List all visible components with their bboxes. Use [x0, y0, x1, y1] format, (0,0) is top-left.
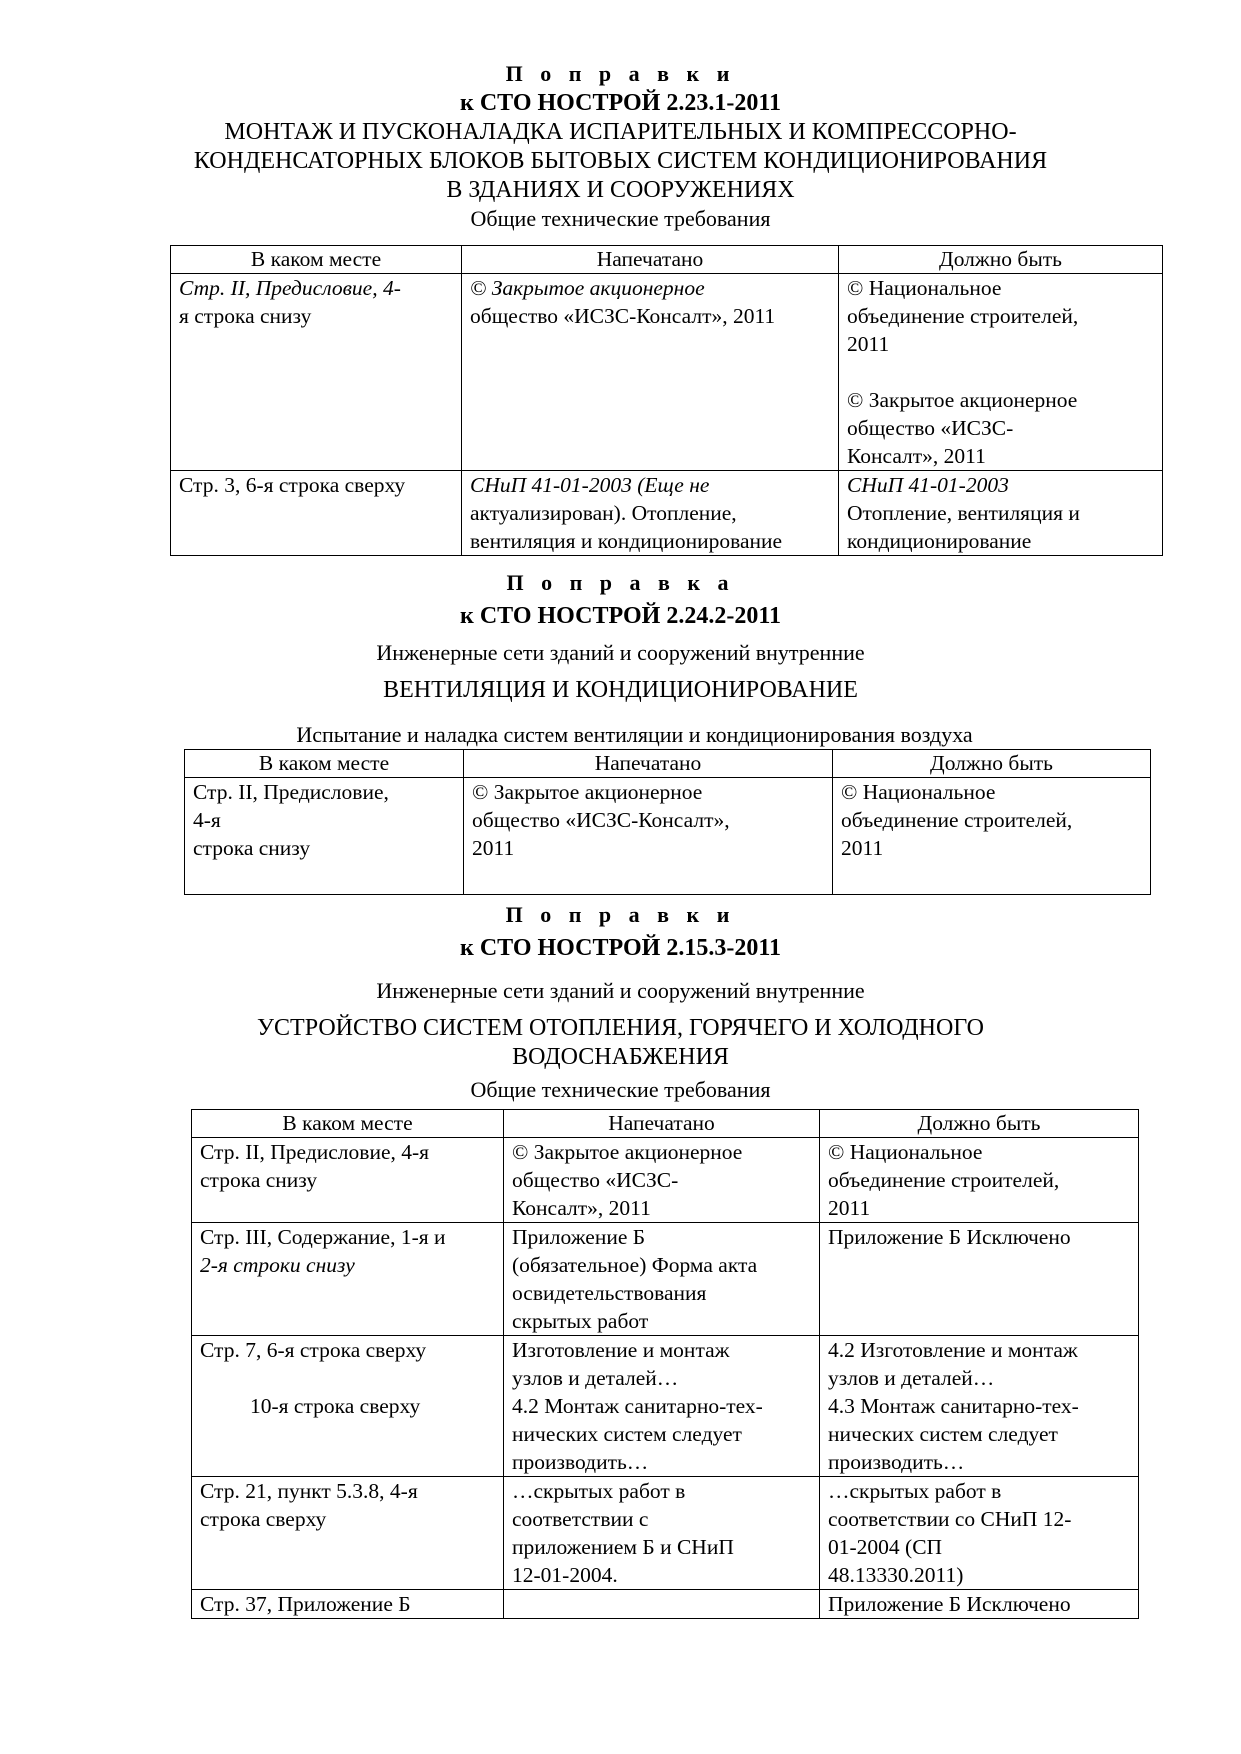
cell-text: производить… — [512, 1448, 811, 1476]
cell-text: Стр. 3, 6-я строка сверху — [179, 471, 453, 499]
cell-text: кондиционирование — [847, 527, 1154, 555]
cell-should-be: 4.2 Изготовление и монтаж узлов и детале… — [820, 1336, 1139, 1477]
cell-text: Приложение Б Исключено — [828, 1223, 1130, 1251]
cell-text: 2011 — [828, 1194, 1130, 1222]
corrections-table-3: В каком месте Напечатано Должно быть Стр… — [191, 1109, 1139, 1619]
column-header-should-be: Должно быть — [820, 1110, 1139, 1138]
cell-text: соответствии со СНиП 12- — [828, 1505, 1130, 1533]
cell-text: Консалт», 2011 — [512, 1194, 811, 1222]
cell-text: Стр. 37, Приложение Б — [200, 1590, 495, 1618]
cell-should-be: © Национальное объединение строителей, 2… — [820, 1138, 1139, 1223]
cell-text: 10-я строка сверху — [200, 1392, 495, 1420]
cell-text: © Закрытое акционерное — [512, 1138, 811, 1166]
table-row: Стр. II, Предисловие, 4-я строка снизу ©… — [192, 1138, 1139, 1223]
document-subtitle: Испытание и наладка систем вентиляции и … — [0, 721, 1241, 749]
column-header-where: В каком месте — [171, 246, 462, 274]
cell-text: узлов и деталей… — [512, 1364, 811, 1392]
cell-where: Стр. II, Предисловие, 4- я строка снизу — [171, 274, 462, 471]
column-header-printed: Напечатано — [462, 246, 839, 274]
standard-title: к СТО НОСТРОЙ 2.15.3-2011 — [0, 933, 1241, 963]
document-title-line: МОНТАЖ И ПУСКОНАЛАДКА ИСПАРИТЕЛЬНЫХ И КО… — [0, 118, 1241, 147]
cell-text: Изготовление и монтаж — [512, 1336, 811, 1364]
cell-text: © Закрытое акционерное — [472, 778, 824, 806]
cell-should-be: …скрытых работ в соответствии со СНиП 12… — [820, 1477, 1139, 1590]
cell-text: скрытых работ — [512, 1307, 811, 1335]
cell-text: 2011 — [847, 330, 1154, 358]
cell-text: узлов и деталей… — [828, 1364, 1130, 1392]
cell-text: …скрытых работ в — [512, 1477, 811, 1505]
column-header-printed: Напечатано — [504, 1110, 820, 1138]
document-pretitle: Инженерные сети зданий и сооружений внут… — [0, 977, 1241, 1005]
table-header-row: В каком месте Напечатано Должно быть — [185, 750, 1151, 778]
cell-text: Приложение Б Исключено — [828, 1590, 1130, 1618]
cell-text: Приложение Б — [512, 1223, 811, 1251]
corrections-table-2: В каком месте Напечатано Должно быть Стр… — [184, 749, 1151, 895]
standard-title: к СТО НОСТРОЙ 2.23.1-2011 — [0, 88, 1241, 118]
cell-text: Стр. II, Предисловие, — [193, 778, 455, 806]
cell-where: Стр. II, Предисловие, 4-я строка снизу — [192, 1138, 504, 1223]
cell-text: © Закрытое акционерное — [847, 386, 1154, 414]
cell-printed: © Закрытое акционерное общество «ИСЗС-Ко… — [464, 778, 833, 895]
cell-text: 2-я строки снизу — [200, 1251, 495, 1279]
cell-printed: Приложение Б (обязательное) Форма акта о… — [504, 1223, 820, 1336]
cell-text: © Национальное — [847, 274, 1154, 302]
cell-text: 48.13330.2011) — [828, 1561, 1130, 1589]
cell-text: 2011 — [841, 834, 1142, 862]
table-row: Стр. 21, пункт 5.3.8, 4-я строка сверху … — [192, 1477, 1139, 1590]
cell-text: © Национальное — [828, 1138, 1130, 1166]
section-heading: П о п р а в к и — [0, 60, 1241, 88]
cell-text: Стр. III, Содержание, 1-я и — [200, 1223, 495, 1251]
cell-text: Стр. 7, 6-я строка сверху — [200, 1336, 495, 1364]
cell-printed: СНиП 41-01-2003 (Еще не актуализирован).… — [462, 471, 839, 556]
table-row: Стр. 7, 6-я строка сверху 10-я строка св… — [192, 1336, 1139, 1477]
column-header-should-be: Должно быть — [833, 750, 1151, 778]
cell-printed: …скрытых работ в соответствии с приложен… — [504, 1477, 820, 1590]
table-row: Стр. 3, 6-я строка сверху СНиП 41-01-200… — [171, 471, 1163, 556]
cell-where: Стр. II, Предисловие, 4-я строка снизу — [185, 778, 464, 895]
cell-should-be: СНиП 41-01-2003 Отопление, вентиляция и … — [839, 471, 1163, 556]
cell-where: Стр. 37, Приложение Б — [192, 1590, 504, 1619]
cell-where: Стр. 21, пункт 5.3.8, 4-я строка сверху — [192, 1477, 504, 1590]
cell-text: СНиП 41-01-2003 (Еще не — [470, 471, 830, 499]
cell-where: Стр. 7, 6-я строка сверху 10-я строка св… — [192, 1336, 504, 1477]
section-2-header: П о п р а в к а к СТО НОСТРОЙ 2.24.2-201… — [0, 569, 1241, 749]
corrections-table-1: В каком месте Напечатано Должно быть Стр… — [170, 245, 1163, 556]
document-title-line: КОНДЕНСАТОРНЫХ БЛОКОВ БЫТОВЫХ СИСТЕМ КОН… — [0, 147, 1241, 176]
cell-gap — [847, 358, 1154, 386]
column-header-where: В каком месте — [185, 750, 464, 778]
cell-printed — [504, 1590, 820, 1619]
document-pretitle: Инженерные сети зданий и сооружений внут… — [0, 639, 1241, 667]
cell-text: общество «ИСЗС-Консалт», — [472, 806, 824, 834]
section-heading: П о п р а в к и — [0, 901, 1241, 929]
table-header-row: В каком месте Напечатано Должно быть — [171, 246, 1163, 274]
cell-text: Стр. II, Предисловие, 4- — [179, 274, 453, 302]
cell-text: 4.2 Монтаж санитарно-тех- — [512, 1392, 811, 1420]
cell-where: Стр. III, Содержание, 1-я и 2-я строки с… — [192, 1223, 504, 1336]
cell-where: Стр. 3, 6-я строка сверху — [171, 471, 462, 556]
table-row: Стр. II, Предисловие, 4-я строка снизу ©… — [185, 778, 1151, 895]
document-subtitle: Общие технические требования — [0, 1076, 1241, 1104]
column-header-where: В каком месте — [192, 1110, 504, 1138]
table-row: Стр. III, Содержание, 1-я и 2-я строки с… — [192, 1223, 1139, 1336]
cell-text: Стр. II, Предисловие, 4-я — [200, 1138, 495, 1166]
cell-text: 4-я — [193, 806, 455, 834]
cell-text: объединение строителей, — [847, 302, 1154, 330]
cell-text: объединение строителей, — [841, 806, 1142, 834]
cell-printed: © Закрытое акционерное общество «ИСЗС- К… — [504, 1138, 820, 1223]
document-subtitle: Общие технические требования — [0, 205, 1241, 233]
cell-text: строка снизу — [200, 1166, 495, 1194]
cell-text: 4.3 Монтаж санитарно-тех- — [828, 1392, 1130, 1420]
cell-should-be: Приложение Б Исключено — [820, 1223, 1139, 1336]
cell-text: © Закрытое акционерное — [470, 274, 830, 302]
cell-text: общество «ИСЗС- — [512, 1166, 811, 1194]
cell-text: 4.2 Изготовление и монтаж — [828, 1336, 1130, 1364]
cell-text: освидетельствования — [512, 1279, 811, 1307]
table-row: Стр. II, Предисловие, 4- я строка снизу … — [171, 274, 1163, 471]
cell-text: строка сверху — [200, 1505, 495, 1533]
cell-text: © Национальное — [841, 778, 1142, 806]
cell-text: Отопление, вентиляция и — [847, 499, 1154, 527]
cell-printed: Изготовление и монтаж узлов и деталей… 4… — [504, 1336, 820, 1477]
cell-should-be: © Национальное объединение строителей, 2… — [839, 274, 1163, 471]
cell-text: общество «ИСЗС- — [847, 414, 1154, 442]
cell-text: я строка снизу — [179, 302, 453, 330]
document-title-line: В ЗДАНИЯХ И СООРУЖЕНИЯХ — [0, 176, 1241, 205]
cell-text: соответствии с — [512, 1505, 811, 1533]
cell-printed: © Закрытое акционерное общество «ИСЗС-Ко… — [462, 274, 839, 471]
cell-text: 12-01-2004. — [512, 1561, 811, 1589]
cell-text: производить… — [828, 1448, 1130, 1476]
section-heading: П о п р а в к а — [0, 569, 1241, 597]
cell-text: общество «ИСЗС-Консалт», 2011 — [470, 302, 830, 330]
cell-text: СНиП 41-01-2003 — [847, 471, 1154, 499]
column-header-should-be: Должно быть — [839, 246, 1163, 274]
cell-text: объединение строителей, — [828, 1166, 1130, 1194]
column-header-printed: Напечатано — [464, 750, 833, 778]
cell-text: 2011 — [472, 834, 824, 862]
document-title-line: ВОДОСНАБЖЕНИЯ — [0, 1043, 1241, 1072]
section-1-header: П о п р а в к и к СТО НОСТРОЙ 2.23.1-201… — [0, 60, 1241, 232]
cell-text: 01-2004 (СП — [828, 1533, 1130, 1561]
cell-should-be: © Национальное объединение строителей, 2… — [833, 778, 1151, 895]
cell-text: актуализирован). Отопление, — [470, 499, 830, 527]
standard-title: к СТО НОСТРОЙ 2.24.2-2011 — [0, 601, 1241, 631]
document-title-line: УСТРОЙСТВО СИСТЕМ ОТОПЛЕНИЯ, ГОРЯЧЕГО И … — [0, 1014, 1241, 1043]
section-3-header: П о п р а в к и к СТО НОСТРОЙ 2.15.3-201… — [0, 901, 1241, 1104]
cell-text: Консалт», 2011 — [847, 442, 1154, 470]
table-row: Стр. 37, Приложение Б Приложение Б Исклю… — [192, 1590, 1139, 1619]
cell-text: нических систем следует — [828, 1420, 1130, 1448]
document-title-line: ВЕНТИЛЯЦИЯ И КОНДИЦИОНИРОВАНИЕ — [0, 676, 1241, 705]
cell-text: Стр. 21, пункт 5.3.8, 4-я — [200, 1477, 495, 1505]
cell-text: приложением Б и СНиП — [512, 1533, 811, 1561]
cell-text: …скрытых работ в — [828, 1477, 1130, 1505]
cell-text: (обязательное) Форма акта — [512, 1251, 811, 1279]
cell-text: нических систем следует — [512, 1420, 811, 1448]
cell-text: строка снизу — [193, 834, 455, 862]
cell-text: вентиляция и кондиционирование — [470, 527, 830, 555]
table-header-row: В каком месте Напечатано Должно быть — [192, 1110, 1139, 1138]
cell-should-be: Приложение Б Исключено — [820, 1590, 1139, 1619]
